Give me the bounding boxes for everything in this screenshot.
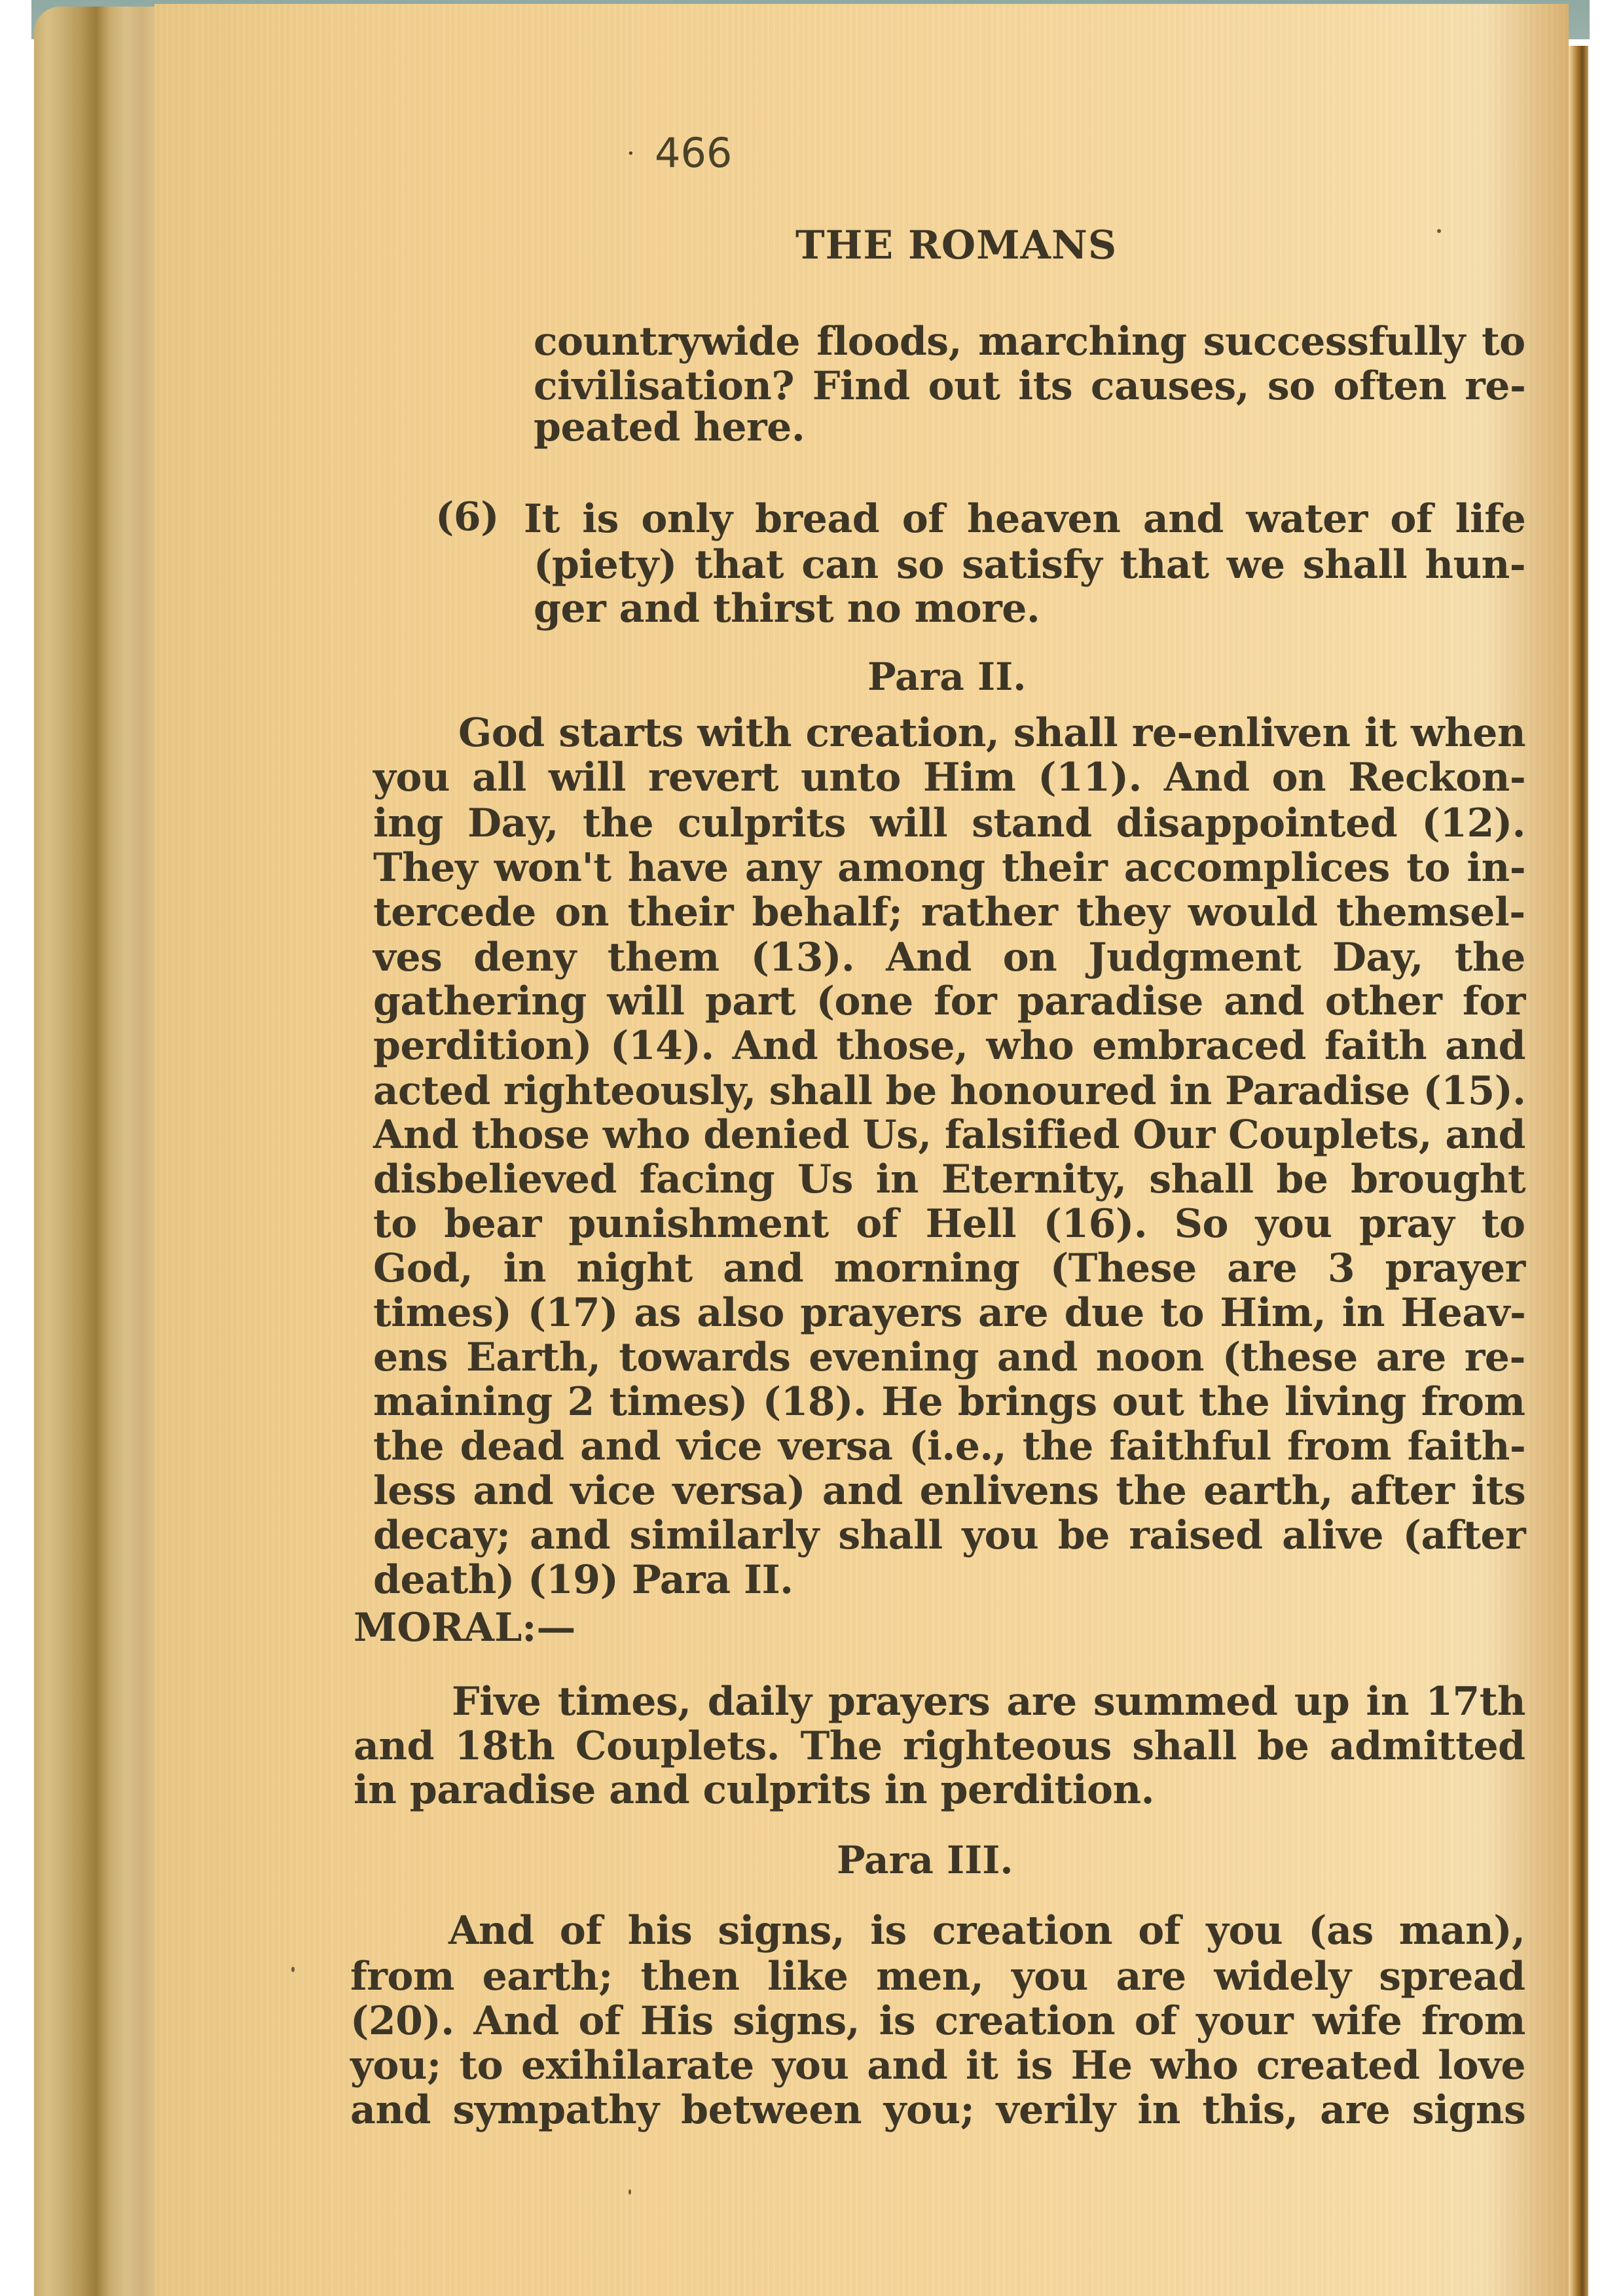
- text-line: ing Day, the culprits will stand disappo…: [373, 804, 1525, 843]
- text-line: and 18th Couplets. The righteous shall b…: [354, 1727, 1525, 1766]
- book-page-edges: [34, 7, 158, 2296]
- text-line: And those who denied Us, falsified Our C…: [373, 1115, 1525, 1155]
- moral-heading: MORAL:—: [354, 1605, 575, 1651]
- scan-speck: [291, 1967, 295, 1972]
- text-line: tercede on their behalf; rather they wou…: [373, 893, 1525, 932]
- text-line: times) (17) as also prayers are due to H…: [373, 1293, 1525, 1333]
- book-right-edge: [1569, 46, 1588, 2296]
- text-line: decay; and similarly shall you be raised…: [373, 1516, 1525, 1555]
- text-line: ger and thirst no more.: [534, 589, 1040, 628]
- text-line: in paradise and culprits in perdition.: [354, 1770, 1154, 1810]
- text-line: perdition) (14). And those, who embraced…: [373, 1026, 1525, 1066]
- text-line: God starts with creation, shall re-enliv…: [458, 713, 1525, 753]
- note-marker: (6): [435, 497, 499, 537]
- page-number-dot: .: [627, 131, 635, 161]
- text-line: from earth; then like men, you are widel…: [350, 1957, 1525, 1996]
- text-line: maining 2 times) (18). He brings out the…: [373, 1382, 1525, 1422]
- text-line: disbelieved facing Us in Eternity, shall…: [373, 1160, 1525, 1199]
- text-line: ves deny them (13). And on Judgment Day,…: [373, 938, 1525, 977]
- text-line: (20). And of His signs, is creation of y…: [350, 2001, 1525, 2041]
- scan-speck: [1437, 229, 1441, 233]
- text-line: civilisation? Find out its causes, so of…: [534, 367, 1525, 406]
- text-line: (piety) that can so satisfy that we shal…: [534, 545, 1525, 584]
- text-line: And of his signs, is creation of you (as…: [448, 1911, 1525, 1950]
- text-line: you; to exihilarate you and it is He who…: [350, 2046, 1525, 2085]
- text-line: peated here.: [534, 408, 805, 447]
- text-line: less and vice versa) and enlivens the ea…: [373, 1471, 1525, 1511]
- text-line: They won't have any among their accompli…: [373, 848, 1525, 888]
- text-line: you all will revert unto Him (11). And o…: [373, 758, 1525, 797]
- section-heading-para-2: Para II.: [867, 655, 1026, 699]
- text-line: It is only bread of heaven and water of …: [524, 499, 1525, 539]
- text-line: gathering will part (one for paradise an…: [373, 982, 1525, 1021]
- running-title: THE ROMANS: [795, 223, 1117, 268]
- page-number: 466: [655, 129, 732, 177]
- text-line: to bear punishment of Hell (16). So you …: [373, 1204, 1525, 1244]
- section-heading-para-3: Para III.: [837, 1838, 1013, 1882]
- text-line: acted righteously, shall be honoured in …: [373, 1071, 1525, 1111]
- text-line: God, in night and morning (These are 3 p…: [373, 1249, 1525, 1288]
- scan-speck: [629, 2189, 631, 2195]
- text-line: and sympathy between you; verily in this…: [350, 2090, 1525, 2130]
- text-line: countrywide floods, marching successfull…: [534, 322, 1525, 361]
- text-line: ens Earth, towards evening and noon (the…: [373, 1338, 1525, 1377]
- text-line: death) (19) Para II.: [373, 1560, 793, 1600]
- text-line: the dead and vice versa (i.e., the faith…: [373, 1427, 1525, 1466]
- text-line: Five times, daily prayers are summed up …: [452, 1682, 1525, 1721]
